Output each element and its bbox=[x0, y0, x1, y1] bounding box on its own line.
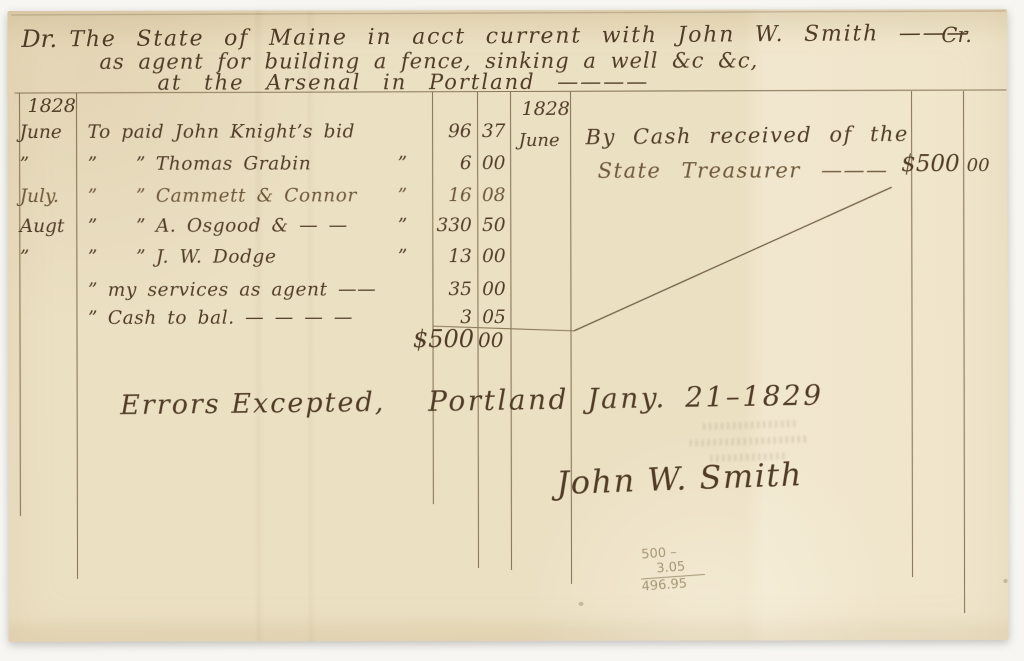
debit-row: ” ” ” J. W. Dodge ” 13 00 bbox=[8, 246, 1008, 276]
row-date: July. bbox=[20, 187, 82, 207]
account-title-line1: The State of Maine in acct current with … bbox=[69, 22, 970, 53]
debit-row: ” my services as agent —— 35 00 bbox=[8, 279, 1008, 309]
row-date: ” bbox=[20, 248, 82, 268]
row-cents: 00 bbox=[479, 154, 509, 174]
credit-month: June bbox=[519, 131, 560, 151]
row-ditto-mark: ” bbox=[398, 186, 408, 206]
row-dollars: 35 bbox=[416, 280, 472, 300]
row-description: ” ” Cammett & Connor bbox=[88, 186, 357, 207]
ink-bleedthrough bbox=[689, 419, 821, 490]
row-cents: 50 bbox=[479, 216, 509, 236]
row-dollars: 13 bbox=[416, 247, 472, 267]
row-ditto-mark: ” bbox=[398, 216, 408, 236]
row-cents: 05 bbox=[479, 308, 509, 328]
row-dollars: 16 bbox=[416, 186, 472, 206]
pencil-difference: 496.95 bbox=[641, 574, 706, 595]
row-description: ” Cash to bal. — — — — bbox=[88, 308, 353, 329]
debit-row: Augt ” ” A. Osgood & — — ” 330 50 bbox=[8, 215, 1008, 245]
credit-entry-line2: State Treasurer ——— bbox=[598, 159, 889, 183]
paper-speck bbox=[579, 602, 584, 606]
credit-side-label: Cr. bbox=[941, 24, 972, 47]
pencil-calculation: 500 – 3.05 496.95 bbox=[637, 543, 726, 596]
scanned-document: Dr. The State of Maine in acct current w… bbox=[0, 0, 1024, 661]
errors-excepted-text: Errors Excepted, bbox=[120, 388, 385, 421]
credit-amount-cents: 00 bbox=[967, 156, 990, 176]
row-date: Augt bbox=[20, 217, 82, 237]
bleedthrough-line bbox=[710, 452, 788, 462]
row-dollars: 330 bbox=[416, 216, 472, 236]
credit-amount-dollars: $500 bbox=[862, 152, 960, 178]
row-description: ” ” Thomas Grabin bbox=[88, 154, 312, 175]
credit-year: 1828 bbox=[522, 99, 570, 120]
debit-side-label: Dr. bbox=[21, 26, 57, 52]
debit-row: July. ” ” Cammett & Connor ” 16 08 bbox=[8, 185, 1008, 215]
debit-year: 1828 bbox=[28, 96, 76, 117]
row-ditto-mark: ” bbox=[398, 154, 408, 174]
row-description: To paid John Knight’s bid bbox=[88, 122, 355, 143]
row-date: ” bbox=[20, 155, 82, 175]
bleedthrough-line bbox=[690, 436, 806, 447]
debit-total-dollars: $500 bbox=[376, 326, 474, 353]
row-date: June bbox=[20, 123, 82, 143]
row-description: ” ” J. W. Dodge bbox=[88, 247, 277, 268]
row-cents: 08 bbox=[479, 186, 509, 206]
paper-speck bbox=[1004, 579, 1008, 583]
row-cents: 37 bbox=[479, 122, 509, 142]
credit-entry-line1: By Cash received of the bbox=[585, 123, 909, 150]
debit-row: ” Cash to bal. — — — — 3 05 bbox=[8, 307, 1008, 337]
row-description: ” my services as agent —— bbox=[88, 280, 376, 301]
account-title-line3: at the Arsenal in Portland ———— bbox=[157, 71, 649, 95]
row-dollars: 96 bbox=[416, 122, 472, 142]
ledger-paper: Dr. The State of Maine in acct current w… bbox=[7, 9, 1008, 642]
row-dollars: 6 bbox=[416, 154, 472, 174]
row-ditto-mark: ” bbox=[398, 247, 408, 267]
row-description: ” ” A. Osgood & — — bbox=[88, 216, 348, 237]
bleedthrough-line bbox=[703, 420, 799, 431]
debit-total-cents: 00 bbox=[478, 329, 503, 351]
place-and-date-text: Portland Jany. 21–1829 bbox=[428, 381, 824, 418]
row-cents: 00 bbox=[479, 247, 509, 267]
row-cents: 00 bbox=[479, 280, 509, 300]
